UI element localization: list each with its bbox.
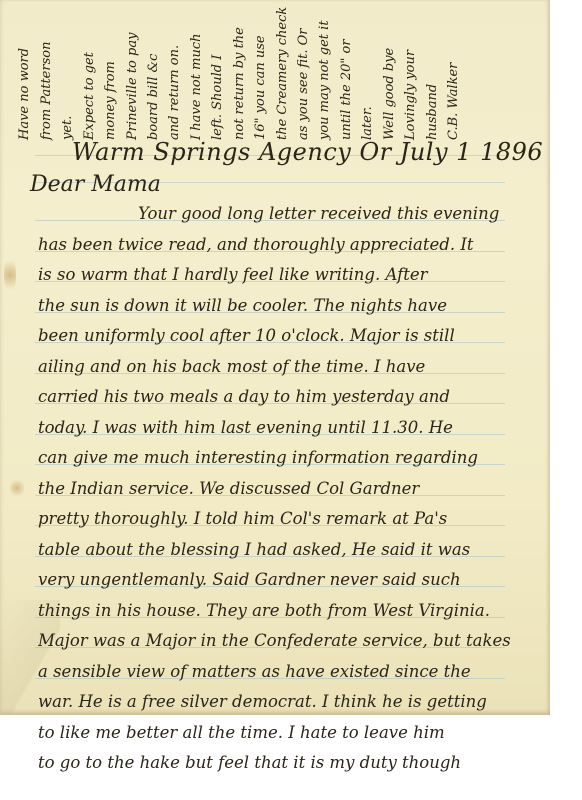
margin-note-line: and return on. bbox=[164, 0, 186, 140]
margin-note-line: I have not much bbox=[186, 0, 208, 140]
body-line: can give me much interesting information… bbox=[38, 443, 518, 474]
margin-note-line: yet. bbox=[57, 0, 79, 140]
margin-note-line: Lovingly your bbox=[400, 0, 422, 140]
margin-note-line: until the 20" or bbox=[336, 0, 358, 140]
margin-note-line: Well good bye bbox=[379, 0, 401, 140]
body-line: ailing and on his back most of the time.… bbox=[38, 352, 518, 383]
body-line: today. I was with him last evening until… bbox=[38, 413, 518, 444]
margin-note-line: as you see fit. Or bbox=[293, 0, 315, 140]
margin-note-line: board bill &c bbox=[143, 0, 165, 140]
body-line: table about the blessing I had asked, He… bbox=[38, 535, 518, 566]
margin-note-line: Prineville to pay bbox=[122, 0, 144, 140]
body-line: carried his two meals a day to him yeste… bbox=[38, 382, 518, 413]
margin-note-line: left. Should I bbox=[207, 0, 229, 140]
margin-signoff: you may not get it until the 20" or late… bbox=[314, 0, 582, 140]
body-line: a sensible view of matters as have exist… bbox=[38, 657, 518, 688]
body-line: to go to the hake but feel that it is my… bbox=[38, 748, 518, 779]
body-line: to like me better all the time. I hate t… bbox=[38, 718, 518, 749]
paper-stain bbox=[4, 255, 16, 295]
salutation: Dear Mama bbox=[30, 172, 161, 197]
body-line: war. He is a free silver democrat. I thi… bbox=[38, 687, 518, 718]
body-line: the sun is down it will be cooler. The n… bbox=[38, 291, 518, 322]
margin-note-line: husband bbox=[422, 0, 444, 140]
body-line: Your good long letter received this even… bbox=[38, 199, 518, 230]
body-line: is so warm that I hardly feel like writi… bbox=[38, 260, 518, 291]
margin-note-line: 16" you can use bbox=[250, 0, 272, 140]
body-line: been uniformly cool after 10 o'clock. Ma… bbox=[38, 321, 518, 352]
margin-note-line: later. bbox=[357, 0, 379, 140]
body-line: pretty thoroughly. I told him Col's rema… bbox=[38, 504, 518, 535]
body-line: things in his house. They are both from … bbox=[38, 596, 518, 627]
body-line: Major was a Major in the Confederate ser… bbox=[38, 626, 518, 657]
letter-page: Have no word from Patterson yet. Expect … bbox=[0, 0, 550, 715]
signature: C.B. Walker bbox=[443, 0, 465, 140]
body-line: has been twice read, and thoroughly appr… bbox=[38, 230, 518, 261]
margin-note-line: not return by the bbox=[229, 0, 251, 140]
margin-note-line: you may not get it bbox=[314, 0, 336, 140]
margin-note-line: the Creamery check bbox=[272, 0, 294, 140]
margin-note-line: from Patterson bbox=[36, 0, 58, 140]
margin-note-line: money from bbox=[100, 0, 122, 140]
letter-body: Your good long letter received this even… bbox=[38, 199, 518, 779]
paper-stain bbox=[10, 478, 24, 498]
dateline: Warm Springs Agency Or July 1 1896 bbox=[72, 138, 543, 166]
body-line: the Indian service. We discussed Col Gar… bbox=[38, 474, 518, 505]
body-line: very ungentlemanly. Said Gardner never s… bbox=[38, 565, 518, 596]
margin-note-line: Expect to get bbox=[79, 0, 101, 140]
margin-note-line: Have no word bbox=[14, 0, 36, 140]
